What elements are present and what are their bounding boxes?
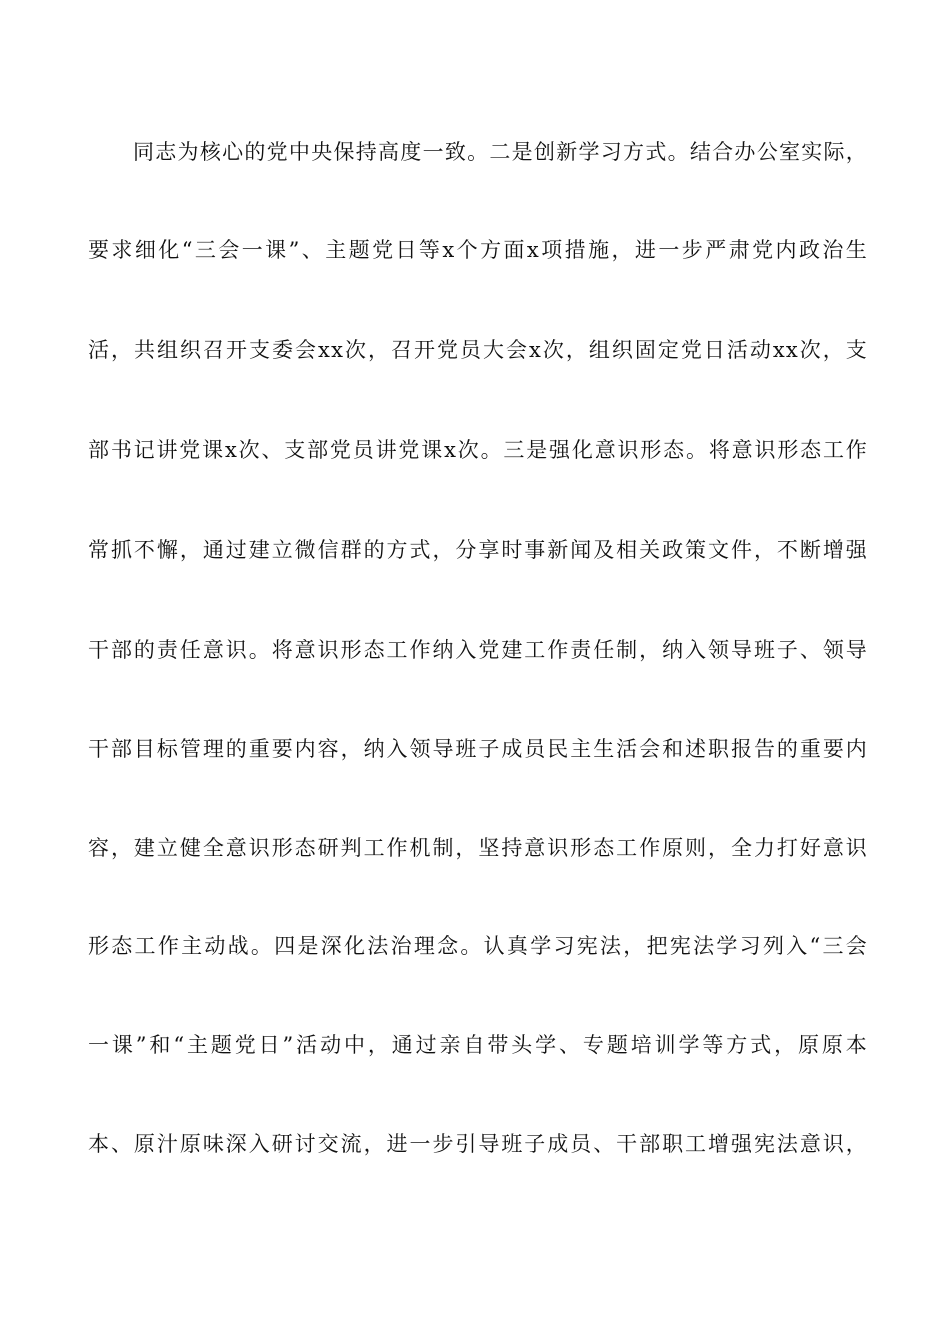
paragraph-line-9: 形态工作主动战。四是深化法治理念。认真学习宪法，把宪法学习列入“三会 bbox=[88, 926, 868, 966]
paragraph-line-3: 活，共组织召开支委会xx次，召开党员大会x次，组织固定党日活动xx次，支 bbox=[88, 330, 868, 370]
paragraph-line-7: 干部目标管理的重要内容，纳入领导班子成员民主生活会和述职报告的重要内 bbox=[88, 729, 868, 769]
paragraph-line-5: 常抓不懈，通过建立微信群的方式，分享时事新闻及相关政策文件，不断增强 bbox=[88, 530, 868, 570]
paragraph-line-1: 同志为核心的党中央保持高度一致。二是创新学习方式。结合办公室实际， bbox=[133, 132, 868, 172]
paragraph-line-11: 本、原汁原味深入研讨交流，进一步引导班子成员、干部职工增强宪法意识， bbox=[88, 1124, 868, 1164]
paragraph-line-4: 部书记讲党课x次、支部党员讲党课x次。三是强化意识形态。将意识形态工作 bbox=[88, 430, 868, 470]
document-page: 同志为核心的党中央保持高度一致。二是创新学习方式。结合办公室实际， 要求细化“三… bbox=[0, 0, 950, 1344]
paragraph-line-2: 要求细化“三会一课”、主题党日等x个方面x项措施，进一步严肃党内政治生 bbox=[88, 230, 868, 270]
paragraph-line-6: 干部的责任意识。将意识形态工作纳入党建工作责任制，纳入领导班子、领导 bbox=[88, 630, 868, 670]
paragraph-line-8: 容，建立健全意识形态研判工作机制，坚持意识形态工作原则，全力打好意识 bbox=[88, 828, 868, 868]
paragraph-line-10: 一课”和“主题党日”活动中，通过亲自带头学、专题培训学等方式，原原本 bbox=[88, 1025, 868, 1065]
